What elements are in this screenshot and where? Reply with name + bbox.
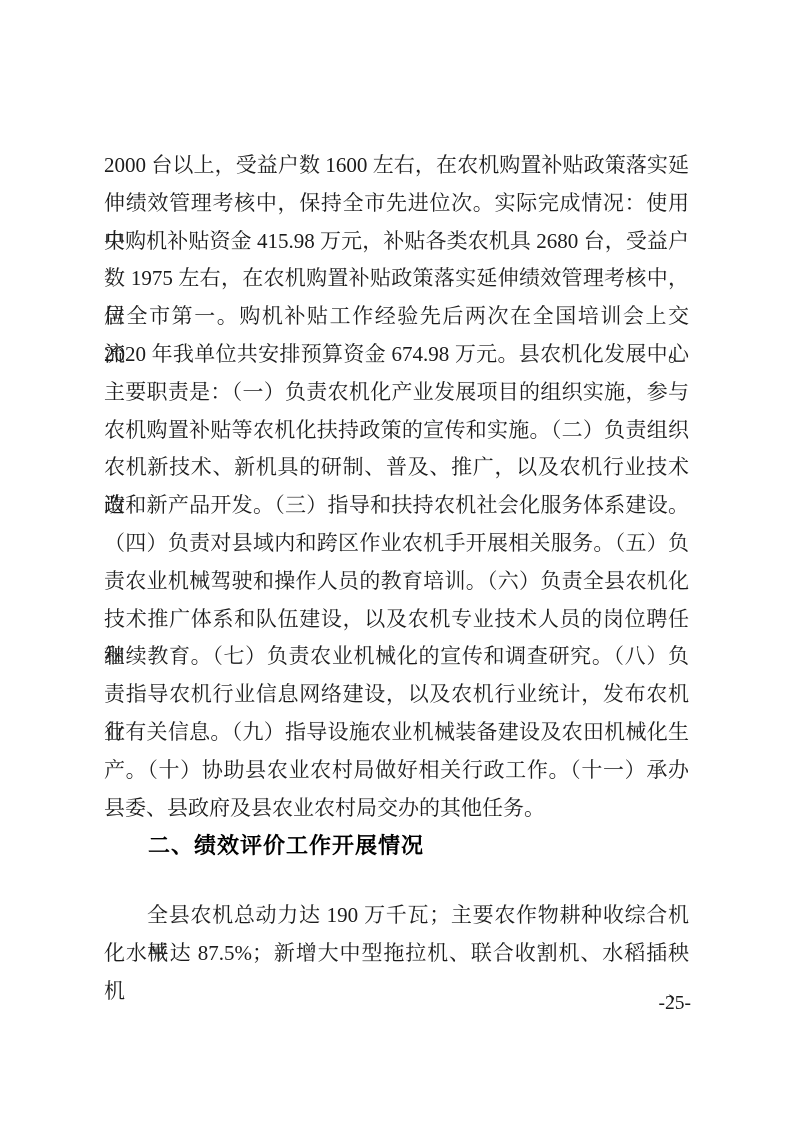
body-line: （四）负责对县域内和跨区作业农机手开展相关服务。（五）负	[104, 525, 689, 563]
body-line: 居全市第一。购机补贴工作经验先后两次在全国培训会上交流。	[104, 298, 689, 336]
body-line: 全县农机总动力达 190 万千瓦；主要农作物耕种收综合机械	[104, 897, 689, 935]
section-heading: 二、绩效评价工作开展情况	[104, 827, 689, 865]
body-line: 县委、县政府及县农业农村局交办的其他任务。	[104, 790, 689, 828]
body-line: 2020 年我单位共安排预算资金 674.98 万元。县农机化发展中心	[104, 336, 689, 374]
body-line: 伸绩效管理考核中，保持全市先进位次。实际完成情况：使用中	[104, 185, 689, 223]
body-line: 产。（十）协助县农业农村局做好相关行政工作。（十一）承办	[104, 752, 689, 790]
page-number: -25-	[659, 991, 692, 1017]
paragraph-gap	[104, 865, 689, 897]
body-line: 央购机补贴资金 415.98 万元，补贴各类农机具 2680 台，受益户	[104, 223, 689, 261]
body-line: 农机购置补贴等农机化扶持政策的宣传和实施。（二）负责组织	[104, 412, 689, 450]
body-line: 业有关信息。（九）指导设施农业机械装备建设及农田机械化生	[104, 714, 689, 752]
body-line: 继续教育。（七）负责农业机械化的宣传和调查研究。（八）负	[104, 638, 689, 676]
body-line: 2000 台以上，受益户数 1600 左右，在农机购置补贴政策落实延	[104, 147, 689, 185]
body-line: 主要职责是：（一）负责农机化产业发展项目的组织实施，参与	[104, 374, 689, 412]
body-line: 造和新产品开发。（三）指导和扶持农机社会化服务体系建设。	[104, 487, 689, 525]
body-line: 技术推广体系和队伍建设，以及农机专业技术人员的岗位聘任和	[104, 601, 689, 639]
body-line: 化水平达 87.5%；新增大中型拖拉机、联合收割机、水稻插秧机、	[104, 935, 689, 973]
document-page: 2000 台以上，受益户数 1600 左右，在农机购置补贴政策落实延 伸绩效管理…	[0, 0, 793, 1122]
body-line: 数 1975 左右，在农机购置补贴政策落实延伸绩效管理考核中，位	[104, 260, 689, 298]
document-body: 2000 台以上，受益户数 1600 左右，在农机购置补贴政策落实延 伸绩效管理…	[104, 147, 689, 973]
body-line: 农机新技术、新机具的研制、普及、推广，以及农机行业技术改	[104, 449, 689, 487]
body-line: 责指导农机行业信息网络建设，以及农机行业统计，发布农机行	[104, 676, 689, 714]
body-line: 责农业机械驾驶和操作人员的教育培训。（六）负责全县农机化	[104, 563, 689, 601]
